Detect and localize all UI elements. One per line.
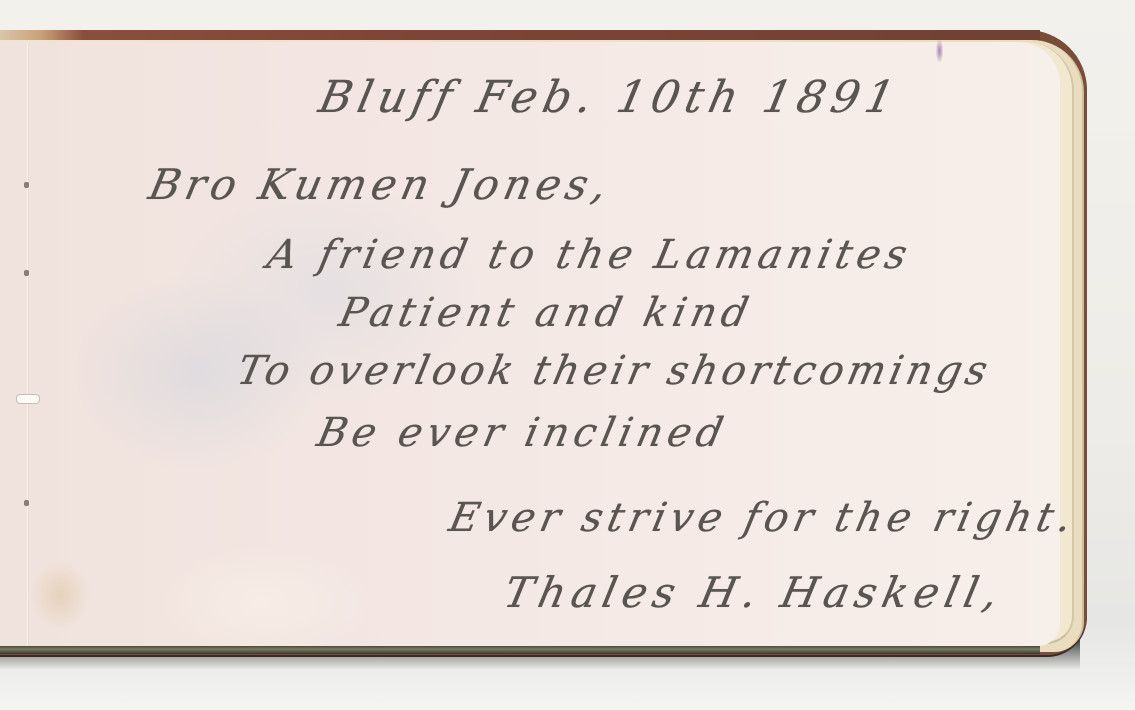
paper-stain — [30, 560, 90, 630]
binding-stitch — [24, 182, 29, 188]
entry-closing: Ever strive for the right. — [445, 495, 1081, 541]
cover-bottom-edge — [0, 646, 1040, 654]
binding-gutter — [26, 42, 29, 646]
verse-line: A friend to the Lamanites — [263, 232, 916, 278]
binding-thread-knot — [16, 394, 40, 404]
album-page — [0, 42, 1060, 646]
binding-stitch — [24, 500, 29, 506]
verse-line: Patient and kind — [335, 290, 757, 336]
ink-mark — [936, 40, 943, 62]
entry-salutation: Bro Kumen Jones, — [145, 160, 617, 209]
verse-line: To overlook their shortcomings — [233, 348, 995, 394]
verse-line: Be ever inclined — [313, 410, 732, 456]
entry-signature: Thales H. Haskell, — [500, 568, 1009, 617]
entry-dateline: Bluff Feb. 10th 1891 — [315, 72, 905, 123]
binding-stitch — [24, 270, 29, 276]
